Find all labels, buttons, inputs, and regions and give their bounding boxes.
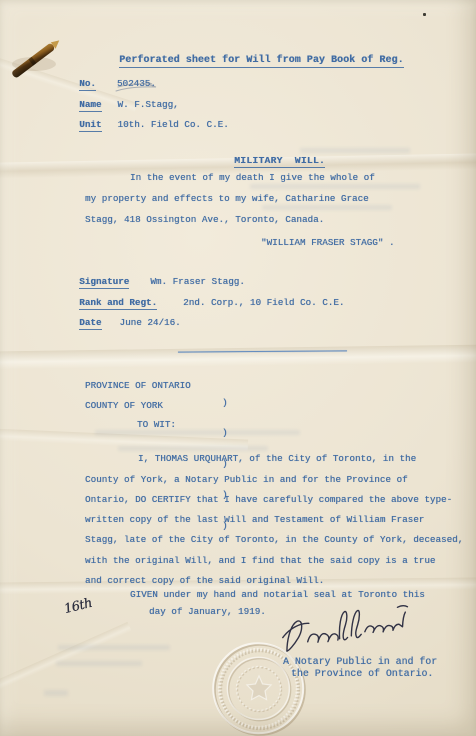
testator-name-line: "WILLIAM FRASER STAGG" . xyxy=(261,237,395,248)
notary-paragraph-line: County of York, a Notary Public in and f… xyxy=(85,474,408,485)
notary-paragraph-line: Stagg, late of the City of Toronto, in t… xyxy=(85,534,463,545)
will-paragraph-line: my property and effects to my wife, Cath… xyxy=(85,193,369,204)
notary-caption-line: the Province of Ontario. xyxy=(291,668,433,679)
field-rank-regt-value: 2nd. Corp., 10 Field Co. C.E. xyxy=(183,297,344,308)
notary-paragraph-line: Ontario, DO CERTIFY that I have carefull… xyxy=(85,494,452,505)
bracket-paren: ) xyxy=(222,398,244,408)
notary-paragraph-line: and correct copy of the said original Wi… xyxy=(85,575,324,586)
field-date-value: June 24/16. xyxy=(120,317,181,328)
notary-paragraph-line: with the original Will, and I find that … xyxy=(85,555,436,566)
bleedthrough-mark xyxy=(95,430,300,435)
jurisdiction-towit: TO WIT: xyxy=(137,419,176,430)
document-title-text: MILITARY WILL. xyxy=(234,155,325,168)
bleedthrough-mark xyxy=(44,690,68,696)
bracket-paren: ) xyxy=(222,428,244,438)
field-date: DateJune 24/16. xyxy=(57,306,181,339)
jurisdiction-county: COUNTY OF YORK xyxy=(85,400,163,411)
bleedthrough-mark xyxy=(118,446,268,451)
date-line: day of January, 1919. xyxy=(149,606,266,617)
typed-divider-line xyxy=(178,350,347,353)
notary-paragraph-line: I, THOMAS URQUHART, of the City of Toron… xyxy=(138,453,416,464)
jurisdiction-bracket: ) ) ) ) ) xyxy=(222,377,244,552)
will-paragraph-line: Stagg, 418 Ossington Ave., Toronto, Cana… xyxy=(85,214,324,225)
bleedthrough-mark xyxy=(58,645,170,650)
field-date-label: Date xyxy=(79,317,101,330)
fold-crease-middle xyxy=(0,345,476,370)
field-unit-value: 10th. Field Co. C.E. xyxy=(118,119,229,130)
bleedthrough-mark xyxy=(262,205,392,210)
notarial-seal xyxy=(210,640,308,736)
scanned-will-document: Perforated sheet for Will from Pay Book … xyxy=(0,0,476,736)
bleedthrough-mark xyxy=(56,661,142,666)
crease-bottom-left xyxy=(0,622,132,692)
will-paragraph-line: In the event of my death I give the whol… xyxy=(130,172,375,183)
notary-paragraph-line: written copy of the last Will and Testam… xyxy=(85,514,424,525)
field-unit: Unit10th. Field Co. C.E. xyxy=(57,108,229,141)
field-unit-label: Unit xyxy=(79,119,101,132)
handwritten-day: 16th xyxy=(63,596,94,617)
ink-speck xyxy=(423,13,426,16)
perforation-note-text: Perforated sheet for Will from Pay Book … xyxy=(119,55,403,68)
bleedthrough-mark xyxy=(250,184,420,189)
jurisdiction-province: PROVINCE OF ONTARIO xyxy=(85,380,191,391)
notary-caption-line: A Notary Public in and for xyxy=(283,656,437,667)
